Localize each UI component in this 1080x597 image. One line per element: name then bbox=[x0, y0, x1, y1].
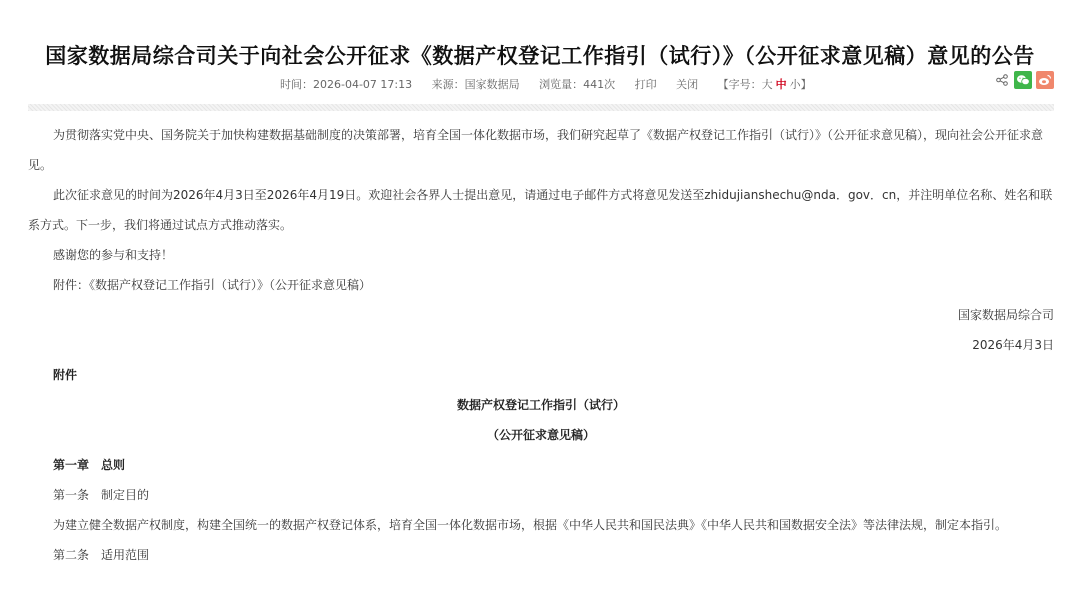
comment-period-paragraph: 此次征求意见的时间为2026年4月3日至2026年4月19日。欢迎社会各界人士提… bbox=[28, 180, 1054, 240]
wechat-icon[interactable] bbox=[1014, 71, 1032, 89]
font-size-control: 【字号：大中小】 bbox=[718, 78, 812, 91]
attachment-heading: 附件 bbox=[28, 360, 1054, 390]
font-size-suffix: 】 bbox=[801, 78, 812, 91]
share-icon[interactable] bbox=[994, 72, 1010, 88]
font-size-large[interactable]: 大 bbox=[762, 78, 773, 91]
intro-paragraph: 为贯彻落实党中央、国务院关于加快构建数据基础制度的决策部署，培育全国一体化数据市… bbox=[28, 120, 1054, 180]
signature-date: 2026年4月3日 bbox=[28, 330, 1054, 360]
weibo-icon[interactable] bbox=[1036, 71, 1054, 89]
source: 来源：国家数据局 bbox=[432, 78, 520, 91]
article-title: 国家数据局综合司关于向社会公开征求《数据产权登记工作指引（试行）》（公开征求意见… bbox=[0, 40, 1080, 70]
publish-time: 时间：2026-04-07 17:13 bbox=[280, 78, 412, 91]
font-size-medium[interactable]: 中 bbox=[776, 78, 787, 91]
document-subtitle: （公开征求意见稿） bbox=[28, 420, 1054, 450]
article-body: 为贯彻落实党中央、国务院关于加快构建数据基础制度的决策部署，培育全国一体化数据市… bbox=[28, 120, 1054, 570]
signature-org: 国家数据局综合司 bbox=[28, 300, 1054, 330]
font-size-prefix: 【字号： bbox=[718, 78, 762, 91]
attachment-link[interactable]: 附件：《数据产权登记工作指引（试行）》（公开征求意见稿） bbox=[28, 270, 1054, 300]
article-meta: 时间：2026-04-07 17:13 来源：国家数据局 浏览量：441次 打印… bbox=[280, 76, 812, 92]
font-size-small[interactable]: 小 bbox=[790, 78, 801, 91]
chapter-heading: 第一章 总则 bbox=[28, 450, 1054, 480]
title-divider bbox=[28, 104, 1054, 111]
article-1-text: 为建立健全数据产权制度，构建全国统一的数据产权登记体系，培育全国一体化数据市场，… bbox=[28, 510, 1054, 540]
share-bar bbox=[994, 71, 1054, 89]
article-2-title: 第二条 适用范围 bbox=[28, 540, 1054, 570]
thanks-paragraph: 感谢您的参与和支持！ bbox=[28, 240, 1054, 270]
view-count: 浏览量：441次 bbox=[539, 78, 615, 91]
article-1-title: 第一条 制定目的 bbox=[28, 480, 1054, 510]
document-title: 数据产权登记工作指引（试行） bbox=[28, 390, 1054, 420]
print-link[interactable]: 打印 bbox=[635, 78, 657, 91]
close-link[interactable]: 关闭 bbox=[676, 78, 698, 91]
